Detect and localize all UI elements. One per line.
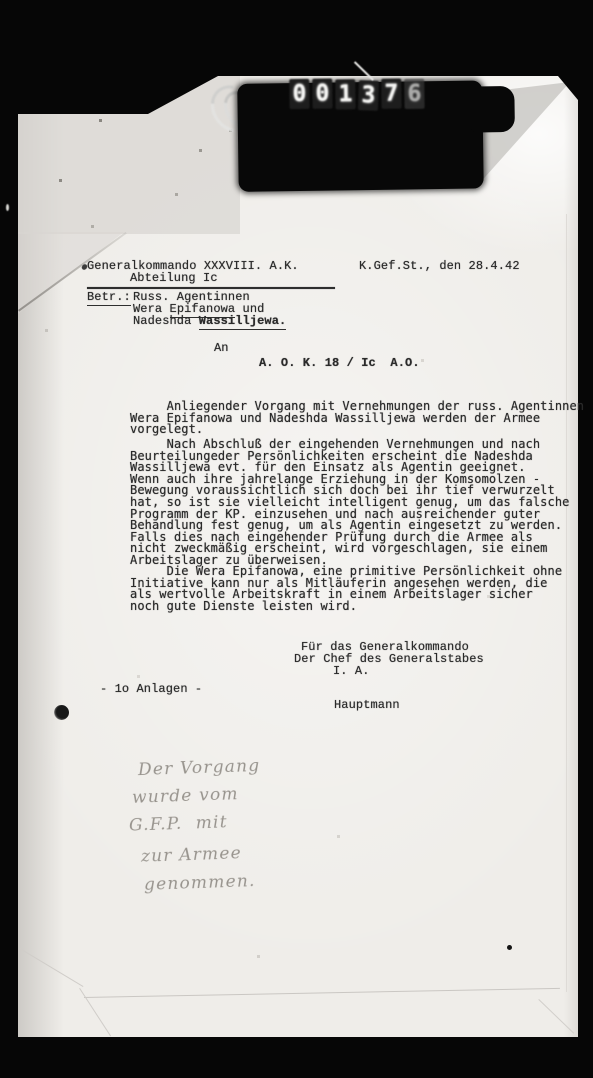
handwritten-line-5: genommen. xyxy=(144,871,256,895)
counter-digit: 0 xyxy=(289,79,309,109)
body-paragraph-2: Nach Abschluß der eingehenden Vernehmung… xyxy=(130,439,569,567)
closing-line-3: I. A. xyxy=(333,666,370,678)
header-unit-line2: Abteilung Ic xyxy=(130,273,218,285)
body-paragraph-3: Die Wera Epifanowa, eine primitive Persö… xyxy=(130,566,562,612)
subject-label-text: Betr.: xyxy=(87,290,131,306)
handwritten-line-2: wurde vom xyxy=(132,784,239,808)
handwritten-line-3: G.F.P. mit xyxy=(129,812,228,835)
handwritten-line-1: Der Vorgang xyxy=(138,756,261,780)
handwritten-line-4: zur Armee xyxy=(141,843,243,867)
counter-digit: 1 xyxy=(335,79,355,109)
film-speck xyxy=(6,204,9,211)
page-edge-right xyxy=(566,214,567,992)
punch-hole xyxy=(54,705,69,720)
counter-digit-row: 0 0 1 3 7 6 xyxy=(289,77,424,109)
counter-tab xyxy=(470,86,515,133)
ink-dot xyxy=(507,945,512,950)
microfilm-frame: Generalkommando XXXVIII. A.K. Abteilung … xyxy=(0,0,593,1078)
body-paragraph-1: Anliegender Vorgang mit Vernehmungen der… xyxy=(130,401,584,436)
counter-digit: 0 xyxy=(312,79,332,109)
counter-digit: 7 xyxy=(381,79,401,109)
recipient-address: A. O. K. 18 / Ic A.O. xyxy=(259,358,420,370)
recipient-an: An xyxy=(214,343,229,355)
counter-digit: 3 xyxy=(358,80,379,111)
frame-counter: 0 0 1 3 7 6 xyxy=(204,70,536,205)
subject-line3-prefix: Nadeshda xyxy=(133,314,199,328)
subject-line3-name: Wassilljewa. xyxy=(199,314,287,330)
enclosures-note: - 1o Anlagen - xyxy=(100,684,202,696)
date-line: K.Gef.St., den 28.4.42 xyxy=(359,261,520,273)
closing-line-2: Der Chef des Generalstabes xyxy=(294,654,484,666)
film-mask-top-left xyxy=(0,76,148,114)
counter-digit: 6 xyxy=(404,79,424,109)
header-rule xyxy=(87,287,335,289)
subject-label: Betr.: xyxy=(87,292,131,304)
subject-line3: Nadeshda Wassilljewa. xyxy=(133,316,286,328)
signature-rank: Hauptmann xyxy=(334,700,400,712)
